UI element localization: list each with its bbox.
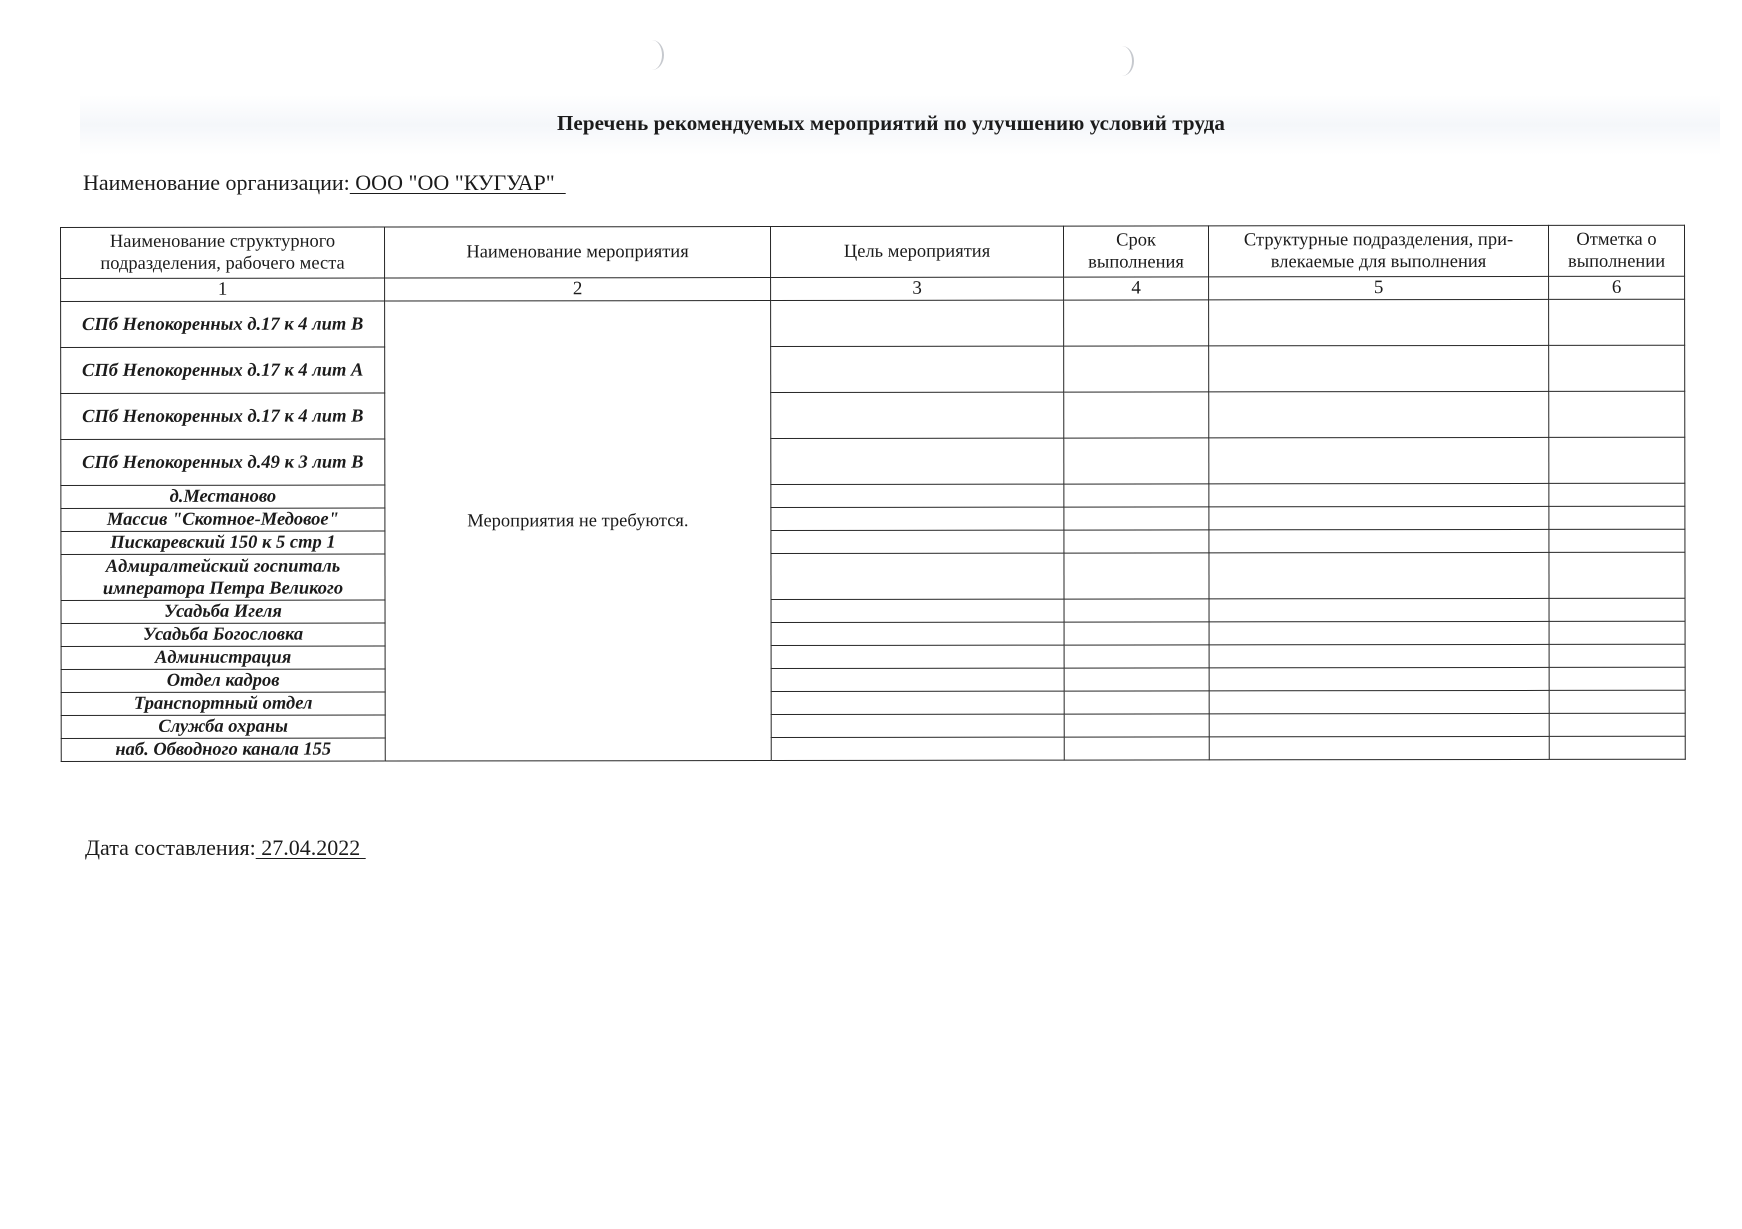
mark-cell — [1549, 529, 1685, 552]
header-measure: Наименование мероприятия — [385, 227, 771, 279]
table-row: Усадьба Игеля — [61, 598, 1685, 623]
goal-cell — [771, 530, 1064, 553]
organization-line: Наименование организации: ООО "ОО "КУГУА… — [83, 170, 566, 196]
table-row: Служба охраны — [61, 713, 1685, 738]
goal-cell — [771, 392, 1064, 438]
goal-cell — [771, 737, 1064, 760]
departments-cell — [1209, 621, 1549, 644]
mark-cell — [1549, 690, 1685, 713]
mark-cell — [1549, 713, 1685, 736]
mark-cell — [1549, 437, 1685, 483]
departments-cell — [1209, 391, 1549, 437]
place-cell: СПб Непокоренных д.17 к 4 лит В — [61, 393, 385, 439]
column-number: 1 — [61, 278, 385, 301]
table-row: СПб Непокоренных д.17 к 4 лит А — [61, 345, 1685, 393]
place-cell: д.Местаново — [61, 485, 385, 508]
table-row: СПб Непокоренных д.49 к 3 лит В — [61, 437, 1685, 485]
organization-label: Наименование организации: — [83, 170, 350, 195]
column-number: 5 — [1209, 276, 1549, 299]
place-cell: Отдел кадров — [61, 669, 385, 692]
goal-cell — [771, 507, 1064, 530]
measure-cell: Мероприятия не требуются. — [385, 301, 772, 762]
header-departments: Структурные подразделения, при-влекаемые… — [1208, 225, 1548, 276]
place-cell: Транспортный отдел — [61, 692, 385, 715]
departments-cell — [1209, 690, 1549, 713]
mark-cell — [1549, 644, 1685, 667]
goal-cell — [771, 599, 1064, 622]
deadline-cell — [1064, 691, 1209, 714]
deadline-cell — [1064, 714, 1209, 737]
place-cell: наб. Обводного канала 155 — [61, 738, 385, 761]
mark-cell — [1549, 621, 1685, 644]
goal-cell — [771, 438, 1064, 484]
header-goal: Цель мероприятия — [771, 226, 1064, 277]
place-cell: Усадьба Богословка — [61, 623, 385, 646]
mark-cell — [1549, 345, 1685, 391]
mark-cell — [1549, 391, 1685, 437]
mark-cell — [1549, 598, 1685, 621]
organization-value: ООО "ОО "КУГУАР" — [350, 170, 566, 195]
table-row: наб. Обводного канала 155 — [61, 736, 1685, 761]
mark-cell — [1549, 483, 1685, 506]
departments-cell — [1209, 506, 1549, 529]
punch-hole-mark — [640, 40, 664, 70]
goal-cell — [771, 553, 1064, 599]
goal-cell — [771, 622, 1064, 645]
goal-cell — [771, 691, 1064, 714]
place-cell: Массив "Скотное-Медовое" — [61, 508, 385, 531]
table-row: Транспортный отдел — [61, 690, 1685, 715]
place-cell: Администрация — [61, 646, 385, 669]
deadline-cell — [1064, 553, 1209, 599]
place-cell: Адмиралтейский госпиталь императора Петр… — [61, 554, 385, 600]
table-row: Администрация — [61, 644, 1685, 669]
column-number: 6 — [1549, 276, 1685, 299]
place-cell: Пискаревский 150 к 5 стр 1 — [61, 531, 385, 554]
goal-cell — [771, 645, 1064, 668]
date-label: Дата составления: — [85, 835, 256, 860]
deadline-cell — [1064, 507, 1209, 530]
column-number: 2 — [385, 278, 771, 302]
place-cell: СПб Непокоренных д.17 к 4 лит А — [61, 347, 385, 393]
table-row: СПб Непокоренных д.17 к 4 лит ВМероприят… — [61, 299, 1685, 347]
table-row: Пискаревский 150 к 5 стр 1 — [61, 529, 1685, 554]
table-row: Отдел кадров — [61, 667, 1685, 692]
goal-cell — [771, 484, 1064, 507]
departments-cell — [1209, 667, 1549, 690]
goal-cell — [771, 668, 1064, 691]
table-row: СПб Непокоренных д.17 к 4 лит В — [61, 391, 1685, 439]
measures-table: Наименование структурного подразделения,… — [60, 225, 1686, 762]
mark-cell — [1549, 667, 1685, 690]
date-line: Дата составления: 27.04.2022 — [85, 835, 366, 861]
header-place: Наименование структурного подразделения,… — [61, 227, 385, 278]
header-mark: Отметка о выполнении — [1548, 225, 1684, 276]
deadline-cell — [1064, 622, 1209, 645]
departments-cell — [1209, 437, 1549, 483]
deadline-cell — [1064, 300, 1209, 346]
deadline-cell — [1064, 530, 1209, 553]
deadline-cell — [1064, 484, 1209, 507]
mark-cell — [1549, 552, 1685, 598]
column-number: 4 — [1064, 277, 1209, 300]
departments-cell — [1209, 299, 1549, 345]
header-deadline: Срок выполнения — [1063, 226, 1208, 277]
column-number: 3 — [771, 277, 1064, 300]
goal-cell — [771, 346, 1064, 392]
punch-hole-mark — [1110, 46, 1134, 76]
place-cell: Усадьба Игеля — [61, 600, 385, 623]
deadline-cell — [1064, 346, 1209, 392]
mark-cell — [1549, 299, 1685, 345]
deadline-cell — [1064, 645, 1209, 668]
departments-cell — [1209, 345, 1549, 391]
deadline-cell — [1064, 392, 1209, 438]
mark-cell — [1549, 736, 1685, 759]
deadline-cell — [1064, 668, 1209, 691]
goal-cell — [771, 300, 1064, 346]
place-cell: СПб Непокоренных д.49 к 3 лит В — [61, 439, 385, 485]
table-row: Массив "Скотное-Медовое" — [61, 506, 1685, 531]
departments-cell — [1209, 552, 1549, 598]
departments-cell — [1209, 598, 1549, 621]
departments-cell — [1209, 713, 1549, 736]
table-row: д.Местаново — [61, 483, 1685, 508]
goal-cell — [771, 714, 1064, 737]
date-value: 27.04.2022 — [256, 835, 366, 860]
mark-cell — [1549, 506, 1685, 529]
document-title: Перечень рекомендуемых мероприятий по ул… — [0, 111, 1742, 136]
departments-cell — [1209, 736, 1549, 759]
column-number-row: 1 2 3 4 5 6 — [61, 276, 1685, 301]
deadline-cell — [1064, 438, 1209, 484]
deadline-cell — [1064, 737, 1209, 760]
deadline-cell — [1064, 599, 1209, 622]
place-cell: СПб Непокоренных д.17 к 4 лит В — [61, 301, 385, 347]
departments-cell — [1209, 483, 1549, 506]
table-row: Усадьба Богословка — [61, 621, 1685, 646]
place-cell: Служба охраны — [61, 715, 385, 738]
table-header-row: Наименование структурного подразделения,… — [61, 225, 1685, 278]
departments-cell — [1209, 644, 1549, 667]
departments-cell — [1209, 529, 1549, 552]
table-row: Адмиралтейский госпиталь императора Петр… — [61, 552, 1685, 600]
